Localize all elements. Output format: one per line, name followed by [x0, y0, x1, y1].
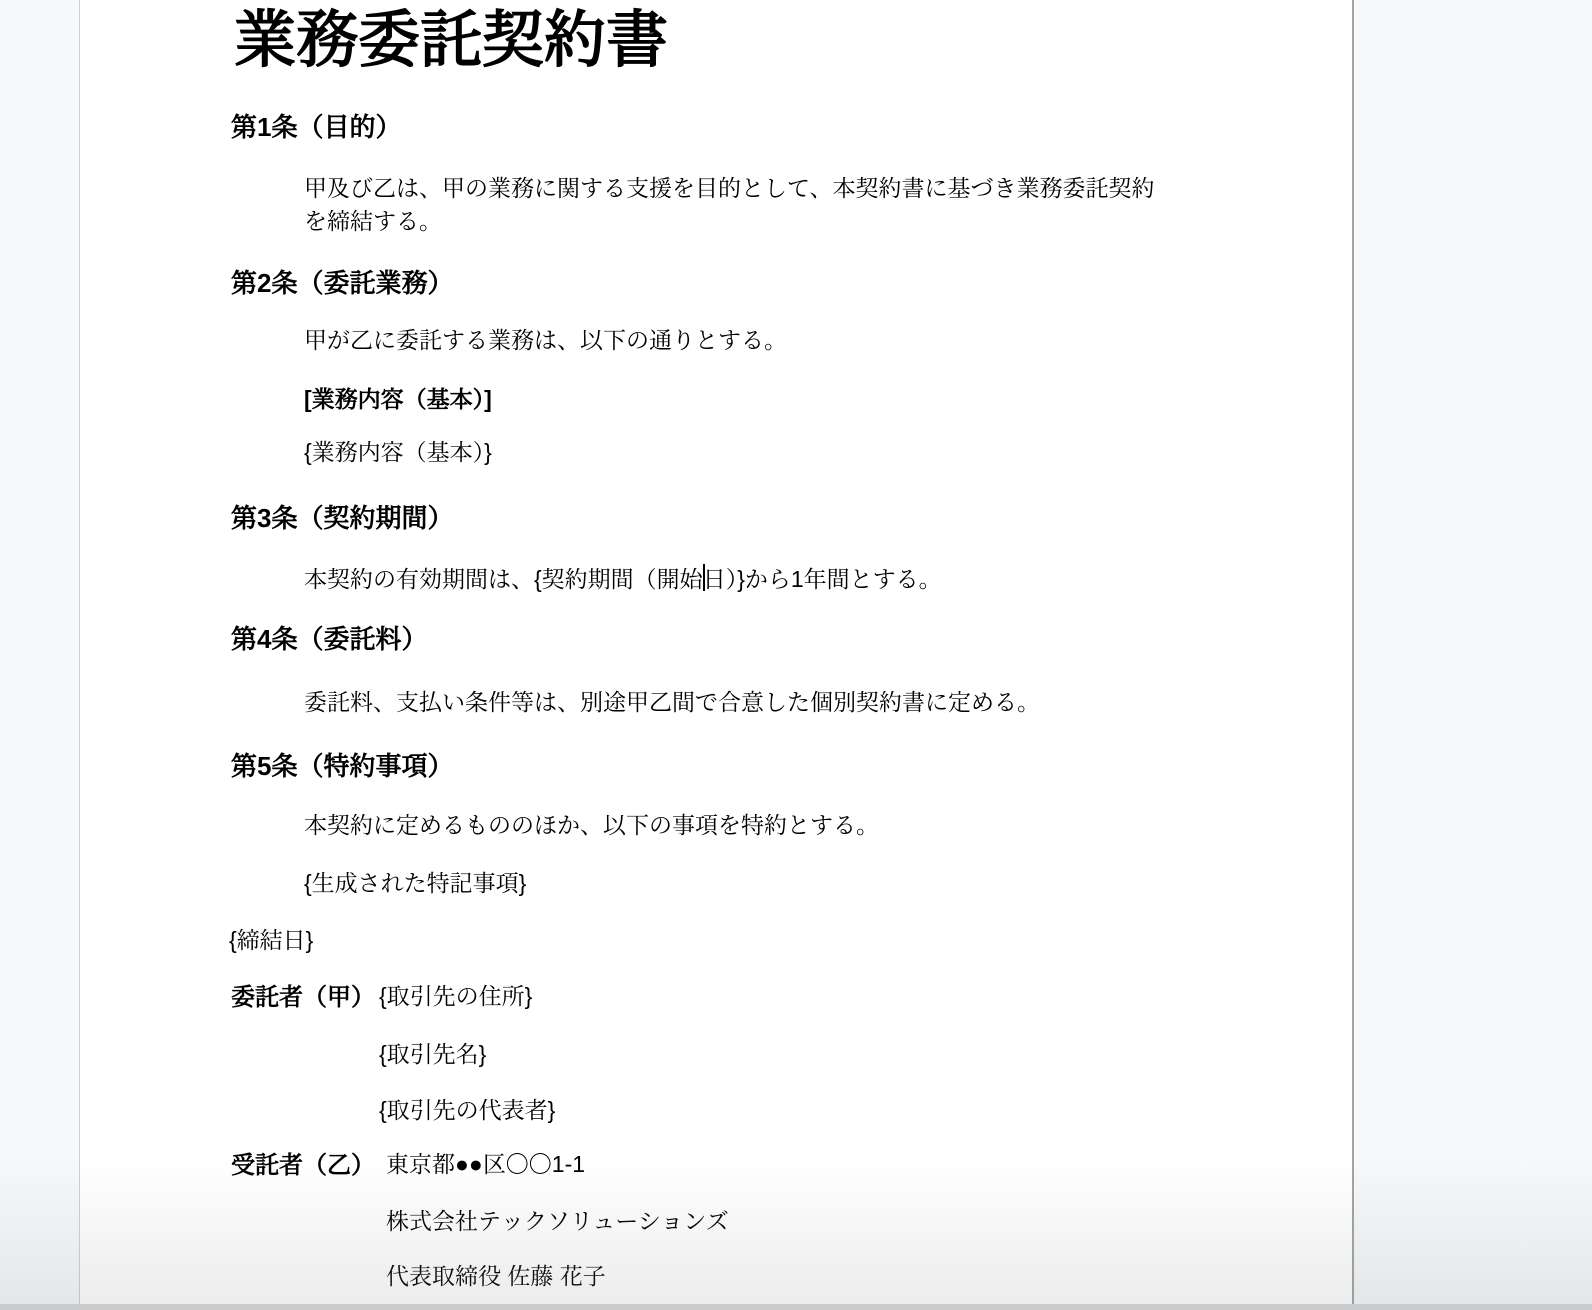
- client-representative-placeholder[interactable]: {取引先の代表者}: [379, 1097, 555, 1125]
- article-3-heading[interactable]: 第3条（契約期間）: [231, 503, 453, 534]
- document-page[interactable]: 業務委託契約書 第1条（目的） 甲及び乙は、甲の業務に関する支援を目的として、本…: [79, 0, 1354, 1310]
- article-1-body[interactable]: 甲及び乙は、甲の業務に関する支援を目的として、本契約書に基づき業務委託契約を締結…: [304, 172, 1176, 238]
- editor-workspace: 業務委託契約書 第1条（目的） 甲及び乙は、甲の業務に関する支援を目的として、本…: [0, 0, 1592, 1310]
- article-1-heading[interactable]: 第1条（目的）: [231, 112, 401, 143]
- document-title[interactable]: 業務委託契約書: [234, 4, 668, 78]
- window-bottom-edge: [0, 1304, 1592, 1310]
- article-3-body[interactable]: 本契約の有効期間は、{契約期間（開始日）}から1年間とする。: [304, 564, 942, 594]
- client-name-placeholder[interactable]: {取引先名}: [379, 1041, 486, 1069]
- article-2-body[interactable]: 甲が乙に委託する業務は、以下の通りとする。: [304, 327, 787, 355]
- contractor-address[interactable]: 東京都●●区〇〇1-1: [386, 1151, 585, 1179]
- closing-date-placeholder[interactable]: {締結日}: [229, 927, 313, 955]
- article-5-special-terms-placeholder[interactable]: {生成された特記事項}: [304, 870, 526, 898]
- article-3-body-before-cursor: 本契約の有効期間は、{契約期間（開始: [304, 566, 703, 592]
- article-2-heading[interactable]: 第2条（委託業務）: [231, 268, 453, 299]
- contractor-company-name[interactable]: 株式会社テックソリューションズ: [386, 1208, 729, 1236]
- article-4-body[interactable]: 委託料、支払い条件等は、別途甲乙間で合意した個別契約書に定める。: [304, 689, 1040, 717]
- article-3-body-after-cursor: 日）}から1年間とする。: [703, 566, 942, 592]
- article-5-body[interactable]: 本契約に定めるもののほか、以下の事項を特約とする。: [304, 812, 879, 840]
- article-2-scope-placeholder[interactable]: {業務内容（基本）}: [304, 439, 492, 467]
- article-2-scope-label[interactable]: [業務内容（基本）]: [304, 386, 492, 414]
- article-4-heading[interactable]: 第4条（委託料）: [231, 624, 427, 655]
- contractor-representative[interactable]: 代表取締役 佐藤 花子: [386, 1263, 606, 1291]
- article-5-heading[interactable]: 第5条（特約事項）: [231, 751, 453, 782]
- client-address-placeholder[interactable]: {取引先の住所}: [379, 983, 532, 1011]
- client-party-label[interactable]: 委託者（甲）: [231, 984, 375, 1013]
- contractor-party-label[interactable]: 受託者（乙）: [231, 1152, 375, 1181]
